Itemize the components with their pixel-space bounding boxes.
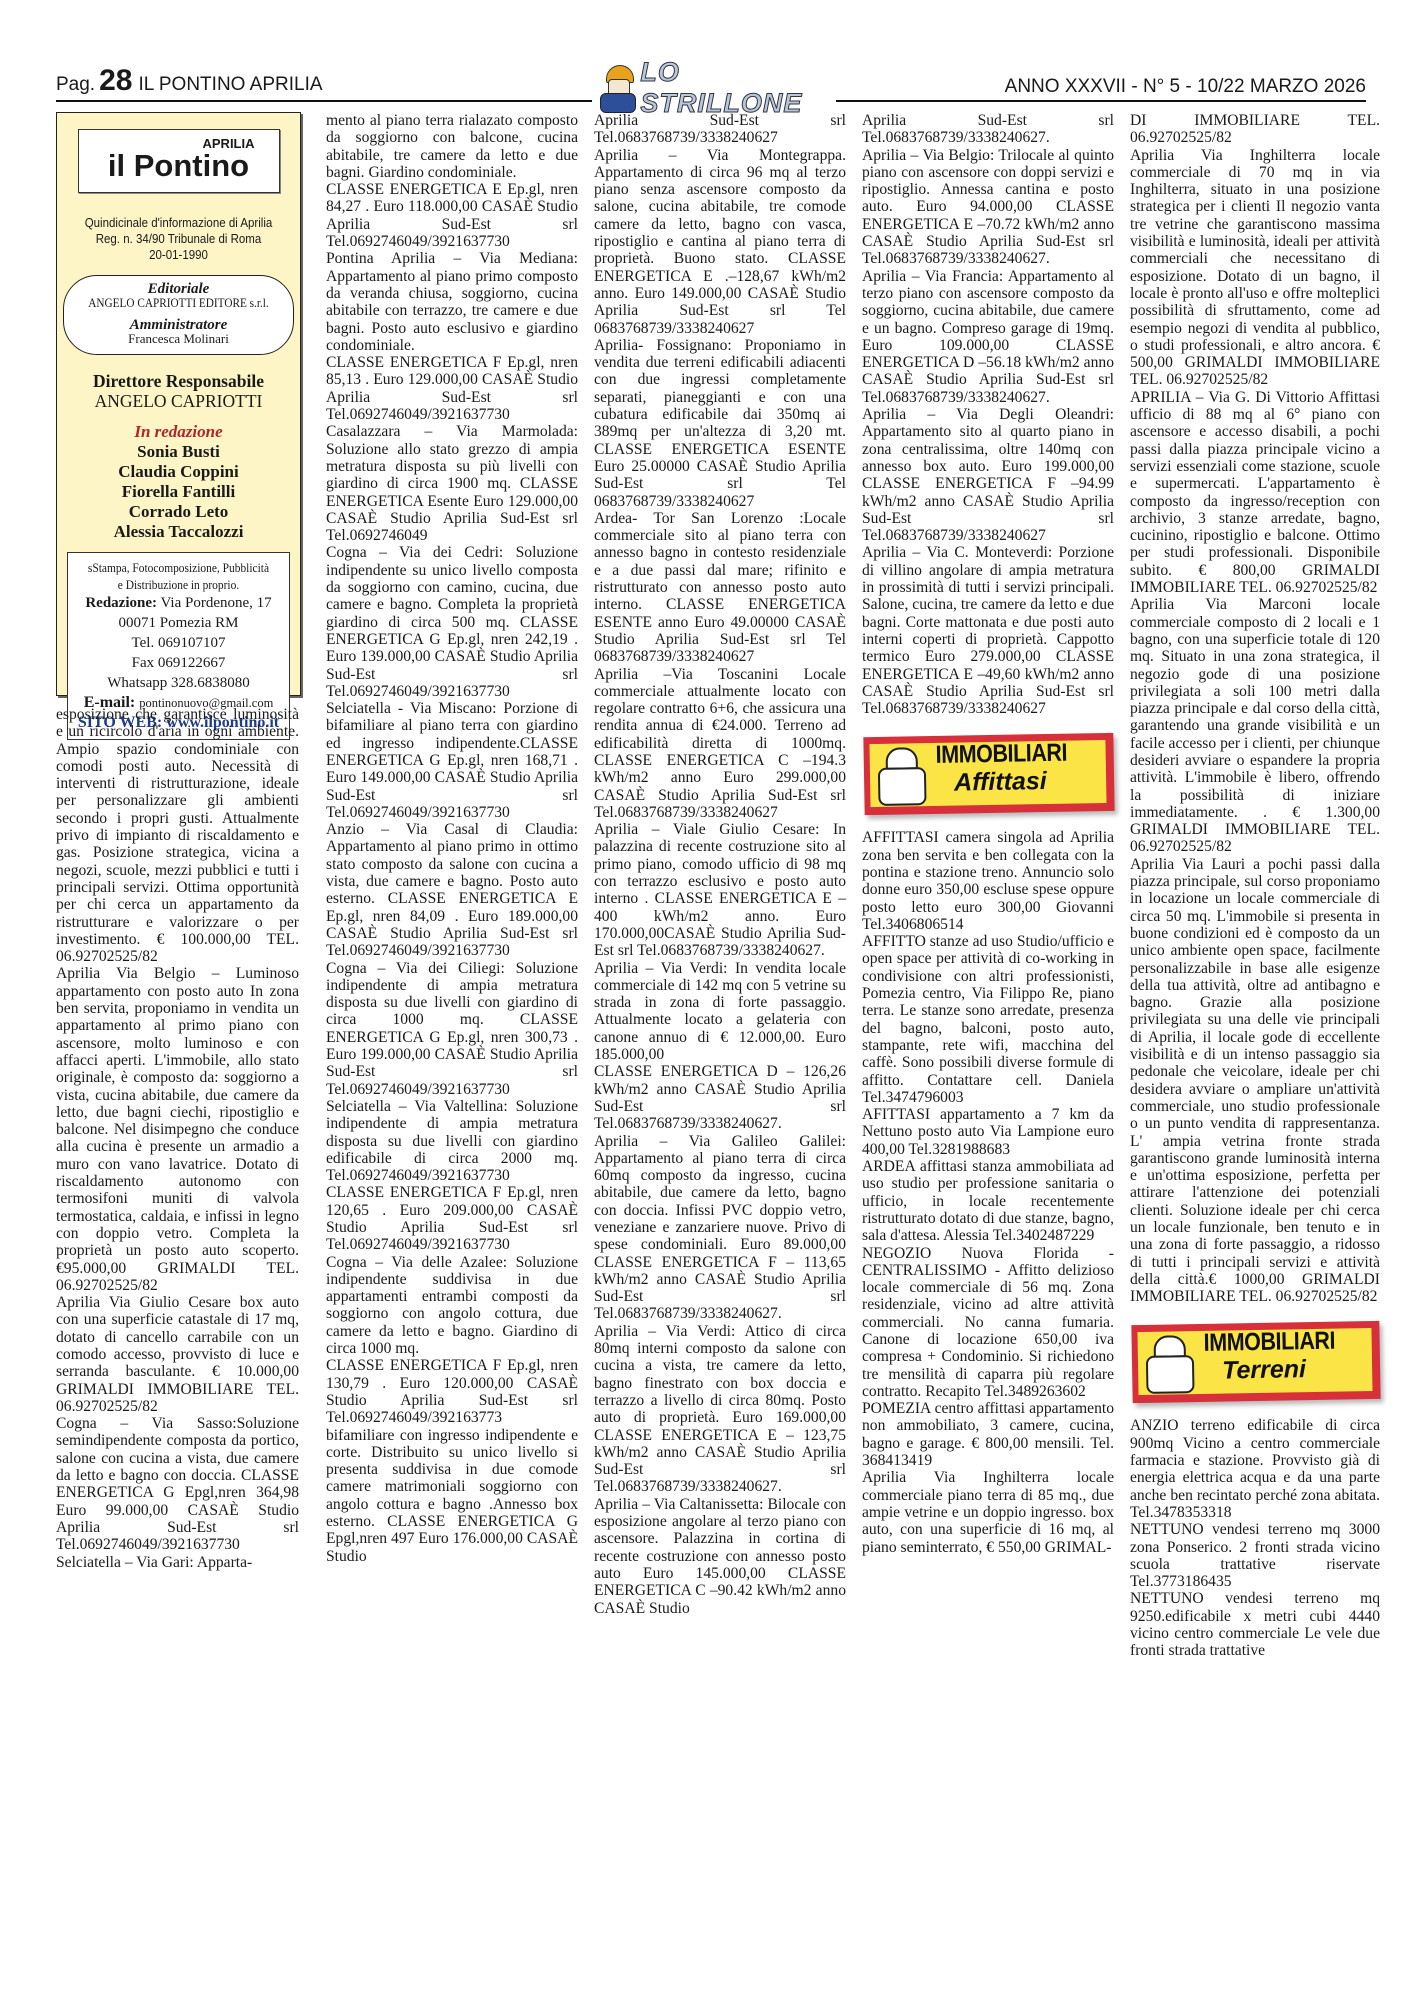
publisher-oval: Editoriale ANGELO CAPRIOTTI EDITORE s.r.… <box>63 275 294 355</box>
editorial-company: ANGELO CAPRIOTTI EDITORE s.r.l. <box>75 296 281 310</box>
column-4: Aprilia Sud-Est srl Tel.0683768739/33382… <box>862 112 1114 1556</box>
classified-ad: ANZIO terreno edificabile di circa 900mq… <box>1130 1417 1380 1521</box>
classified-ad: Aprilia Sud-Est srl Tel.0683768739/33382… <box>594 112 846 147</box>
address-label: Redazione: <box>85 595 157 611</box>
classified-ad: Casalazzara – Via Marmolada: Soluzione a… <box>326 423 578 544</box>
classified-ad: esposizione che garantisce luminosità e … <box>56 706 299 965</box>
classified-ad: Anzio – Via Casal di Claudia: Appartamen… <box>326 821 578 959</box>
classified-ad: CLASSE ENERGETICA D – 126,26 kWh/m2 anno… <box>594 1063 846 1132</box>
newsboy-icon <box>592 63 640 113</box>
classified-ad: Aprilia – Via Degli Oleandri: Appartamen… <box>862 406 1114 544</box>
classified-ad: Aprilia – Via C. Monteverdi: Porzione di… <box>862 544 1114 717</box>
director-name: ANGELO CAPRIOTTI <box>57 391 300 412</box>
classified-ad: Aprilia – Via Galileo Galilei: Appartame… <box>594 1133 846 1323</box>
column-2: mento al piano terra rialazato composto … <box>326 112 578 1565</box>
staff-member: Claudia Coppini <box>57 462 300 482</box>
classified-ad: Aprilia Via Giulio Cesare box auto con u… <box>56 1294 299 1415</box>
classified-ad: DI IMMOBILIARE TEL. 06.92702525/82 <box>1130 112 1380 147</box>
staff-member: Alessia Taccalozzi <box>57 522 300 542</box>
banner-subtitle: Affittasi <box>954 773 1047 792</box>
classified-ad: Selciatella – Via Valtellina: Soluzione … <box>326 1098 578 1184</box>
classified-ad: Aprilia- Fossignano: Proponiamo in vendi… <box>594 337 846 510</box>
classified-ad: CLASSE ENERGETICA F Ep.gl, nren 130,79 .… <box>326 1357 578 1426</box>
classified-ad: CLASSE ENERGETICA E Ep.gl, nren 84,27 . … <box>326 181 578 250</box>
page-header-left: Pag.28IL PONTINO APRILIA <box>56 64 323 98</box>
classified-ad: Cogna – Via delle Azalee: Soluzione indi… <box>326 1254 578 1358</box>
classified-ad: mento al piano terra rialazato composto … <box>326 112 578 181</box>
fax: Fax 069122667 <box>72 653 285 673</box>
classified-ad: CLASSE ENERGETICA F Ep.gl, nren 85,13 . … <box>326 354 578 423</box>
classified-ad: Cogna – Via Sasso:Soluzione semindipende… <box>56 1415 299 1553</box>
classified-ad: Aprilia – Via Belgio: Trilocale al quint… <box>862 147 1114 268</box>
address-value: Via Pordenone, 17 <box>160 595 271 611</box>
classified-ad: AFFITTASI camera singola ad Aprilia zona… <box>862 829 1114 933</box>
classified-ad: NETTUNO vendesi terreno mq 3000 zona Pon… <box>1130 1521 1380 1590</box>
classified-ad: Pontina Aprilia – Via Mediana: Appartame… <box>326 250 578 354</box>
mascot-icon <box>873 745 932 806</box>
mascot-icon <box>1141 1333 1200 1394</box>
classified-ad: Aprilia – Via Verdi: Attico di circa 80m… <box>594 1323 846 1496</box>
classified-ad: Aprilia Via Lauri a pochi passi dalla pi… <box>1130 856 1380 1306</box>
city: 00071 Pomezia RM <box>72 613 285 633</box>
classified-ad: NEGOZIO Nuova Florida - CENTRALISSIMO - … <box>862 1245 1114 1401</box>
banner-title: IMMOBILIARI <box>936 745 1068 765</box>
classified-ad: AFFITTO stanze ad uso Studio/ufficio e o… <box>862 933 1114 1106</box>
classified-ad: Aprilia – Via Verdi: In vendita locale c… <box>594 960 846 1064</box>
classified-ad: Aprilia –Via Toscanini Locale commercial… <box>594 666 846 822</box>
classified-ad: Ardea- Tor San Lorenzo :Locale commercia… <box>594 510 846 666</box>
classified-ad: APRILIA – Via G. Di Vittorio Affittasi u… <box>1130 389 1380 597</box>
classified-ad: Aprilia Via Marconi locale commerciale c… <box>1130 596 1380 855</box>
classified-ad: Aprilia Via Inghilterra locale commercia… <box>1130 147 1380 389</box>
staff-member: Sonia Busti <box>57 442 300 462</box>
classified-ad: Aprilia Via Inghilterra locale commercia… <box>862 1469 1114 1555</box>
banner-title: IMMOBILIARI <box>1204 1333 1336 1353</box>
admin-name: Francesca Molinari <box>64 332 293 346</box>
editorial-label: Editoriale <box>148 281 210 297</box>
logo-name: il Pontino <box>79 148 279 184</box>
print-line: e Distribuzione in proprio. <box>85 576 272 593</box>
staff-label: In redazione <box>57 422 300 442</box>
logo-text: LO STRILLONE <box>640 57 836 119</box>
classified-ad: Aprilia – Via Caltanissetta: Bilocale co… <box>594 1496 846 1617</box>
whatsapp: Whatsapp 328.6838080 <box>72 673 285 693</box>
info-line: Quindicinale d'informazione di Aprilia <box>67 215 291 231</box>
classified-ad: POMEZIA centro affittasi appartamento no… <box>862 1400 1114 1469</box>
column-5: DI IMMOBILIARE TEL. 06.92702525/82 April… <box>1130 112 1380 1660</box>
classified-ad: bifamiliare con ingresso indipendente e … <box>326 1427 578 1565</box>
director-label: Direttore Responsabile <box>57 371 300 391</box>
staff-member: Fiorella Fantilli <box>57 482 300 502</box>
staff-list: Sonia Busti Claudia Coppini Fiorella Fan… <box>57 442 300 542</box>
terreni-banner: IMMOBILIARI Terreni <box>1131 1321 1380 1403</box>
il-pontino-logo: APRILIA il Pontino <box>78 129 280 193</box>
affittasi-banner: IMMOBILIARI Affittasi <box>863 733 1114 815</box>
classified-ad: Selciatella - Via Miscano: Porzione di b… <box>326 700 578 821</box>
publication-name: IL PONTINO APRILIA <box>138 74 322 95</box>
staff-member: Corrado Leto <box>57 502 300 522</box>
info-line: 20-01-1990 <box>67 247 291 263</box>
address: Redazione: Via Pordenone, 17 <box>72 593 285 613</box>
classified-ad: Selciatella – Via Gari: Apparta- <box>56 1554 299 1571</box>
registration-info: Quindicinale d'informazione di Aprilia R… <box>67 215 291 263</box>
print-line: sStampa, Fotocomposizione, Pubblicità <box>85 559 272 576</box>
classified-ad: AFITTASI appartamento a 7 km da Nettuno … <box>862 1106 1114 1158</box>
page-number: 28 <box>99 64 132 97</box>
phone: Tel. 069107107 <box>72 633 285 653</box>
issue-info: ANNO XXXVII - N° 5 - 10/22 MARZO 2026 <box>1005 76 1366 98</box>
classified-ad: Cogna – Via dei Cedri: Soluzione indipen… <box>326 544 578 700</box>
classified-ad: Aprilia Via Belgio – Luminoso appartamen… <box>56 965 299 1294</box>
page-prefix: Pag. <box>56 74 95 95</box>
info-line: Reg. n. 34/90 Tribunale di Roma <box>67 231 291 247</box>
lo-strillone-logo: LO STRILLONE <box>592 62 836 114</box>
classified-ad: Aprilia – Viale Giulio Cesare: In palazz… <box>594 821 846 959</box>
column-3: Aprilia Sud-Est srl Tel.0683768739/33382… <box>594 112 846 1617</box>
classified-ad: CLASSE ENERGETICA F Ep.gl, nren 120,65 .… <box>326 1184 578 1253</box>
masthead-box: APRILIA il Pontino Quindicinale d'inform… <box>56 112 301 696</box>
classified-ad: Aprilia – Via Montegrappa. Appartamento … <box>594 147 846 337</box>
classified-ad: Aprilia Sud-Est srl Tel.0683768739/33382… <box>862 112 1114 147</box>
column-1: esposizione che garantisce luminosità e … <box>56 706 299 1571</box>
banner-subtitle: Terreni <box>1222 1362 1306 1381</box>
classified-ad: NETTUNO vendesi terreno mq 9250.edificab… <box>1130 1590 1380 1659</box>
classified-ad: ARDEA affittasi stanza ammobiliata ad us… <box>862 1158 1114 1244</box>
classified-ad: Cogna – Via dei Ciliegi: Soluzione indip… <box>326 960 578 1098</box>
classified-ad: Aprilia – Via Francia: Appartamento al t… <box>862 268 1114 406</box>
